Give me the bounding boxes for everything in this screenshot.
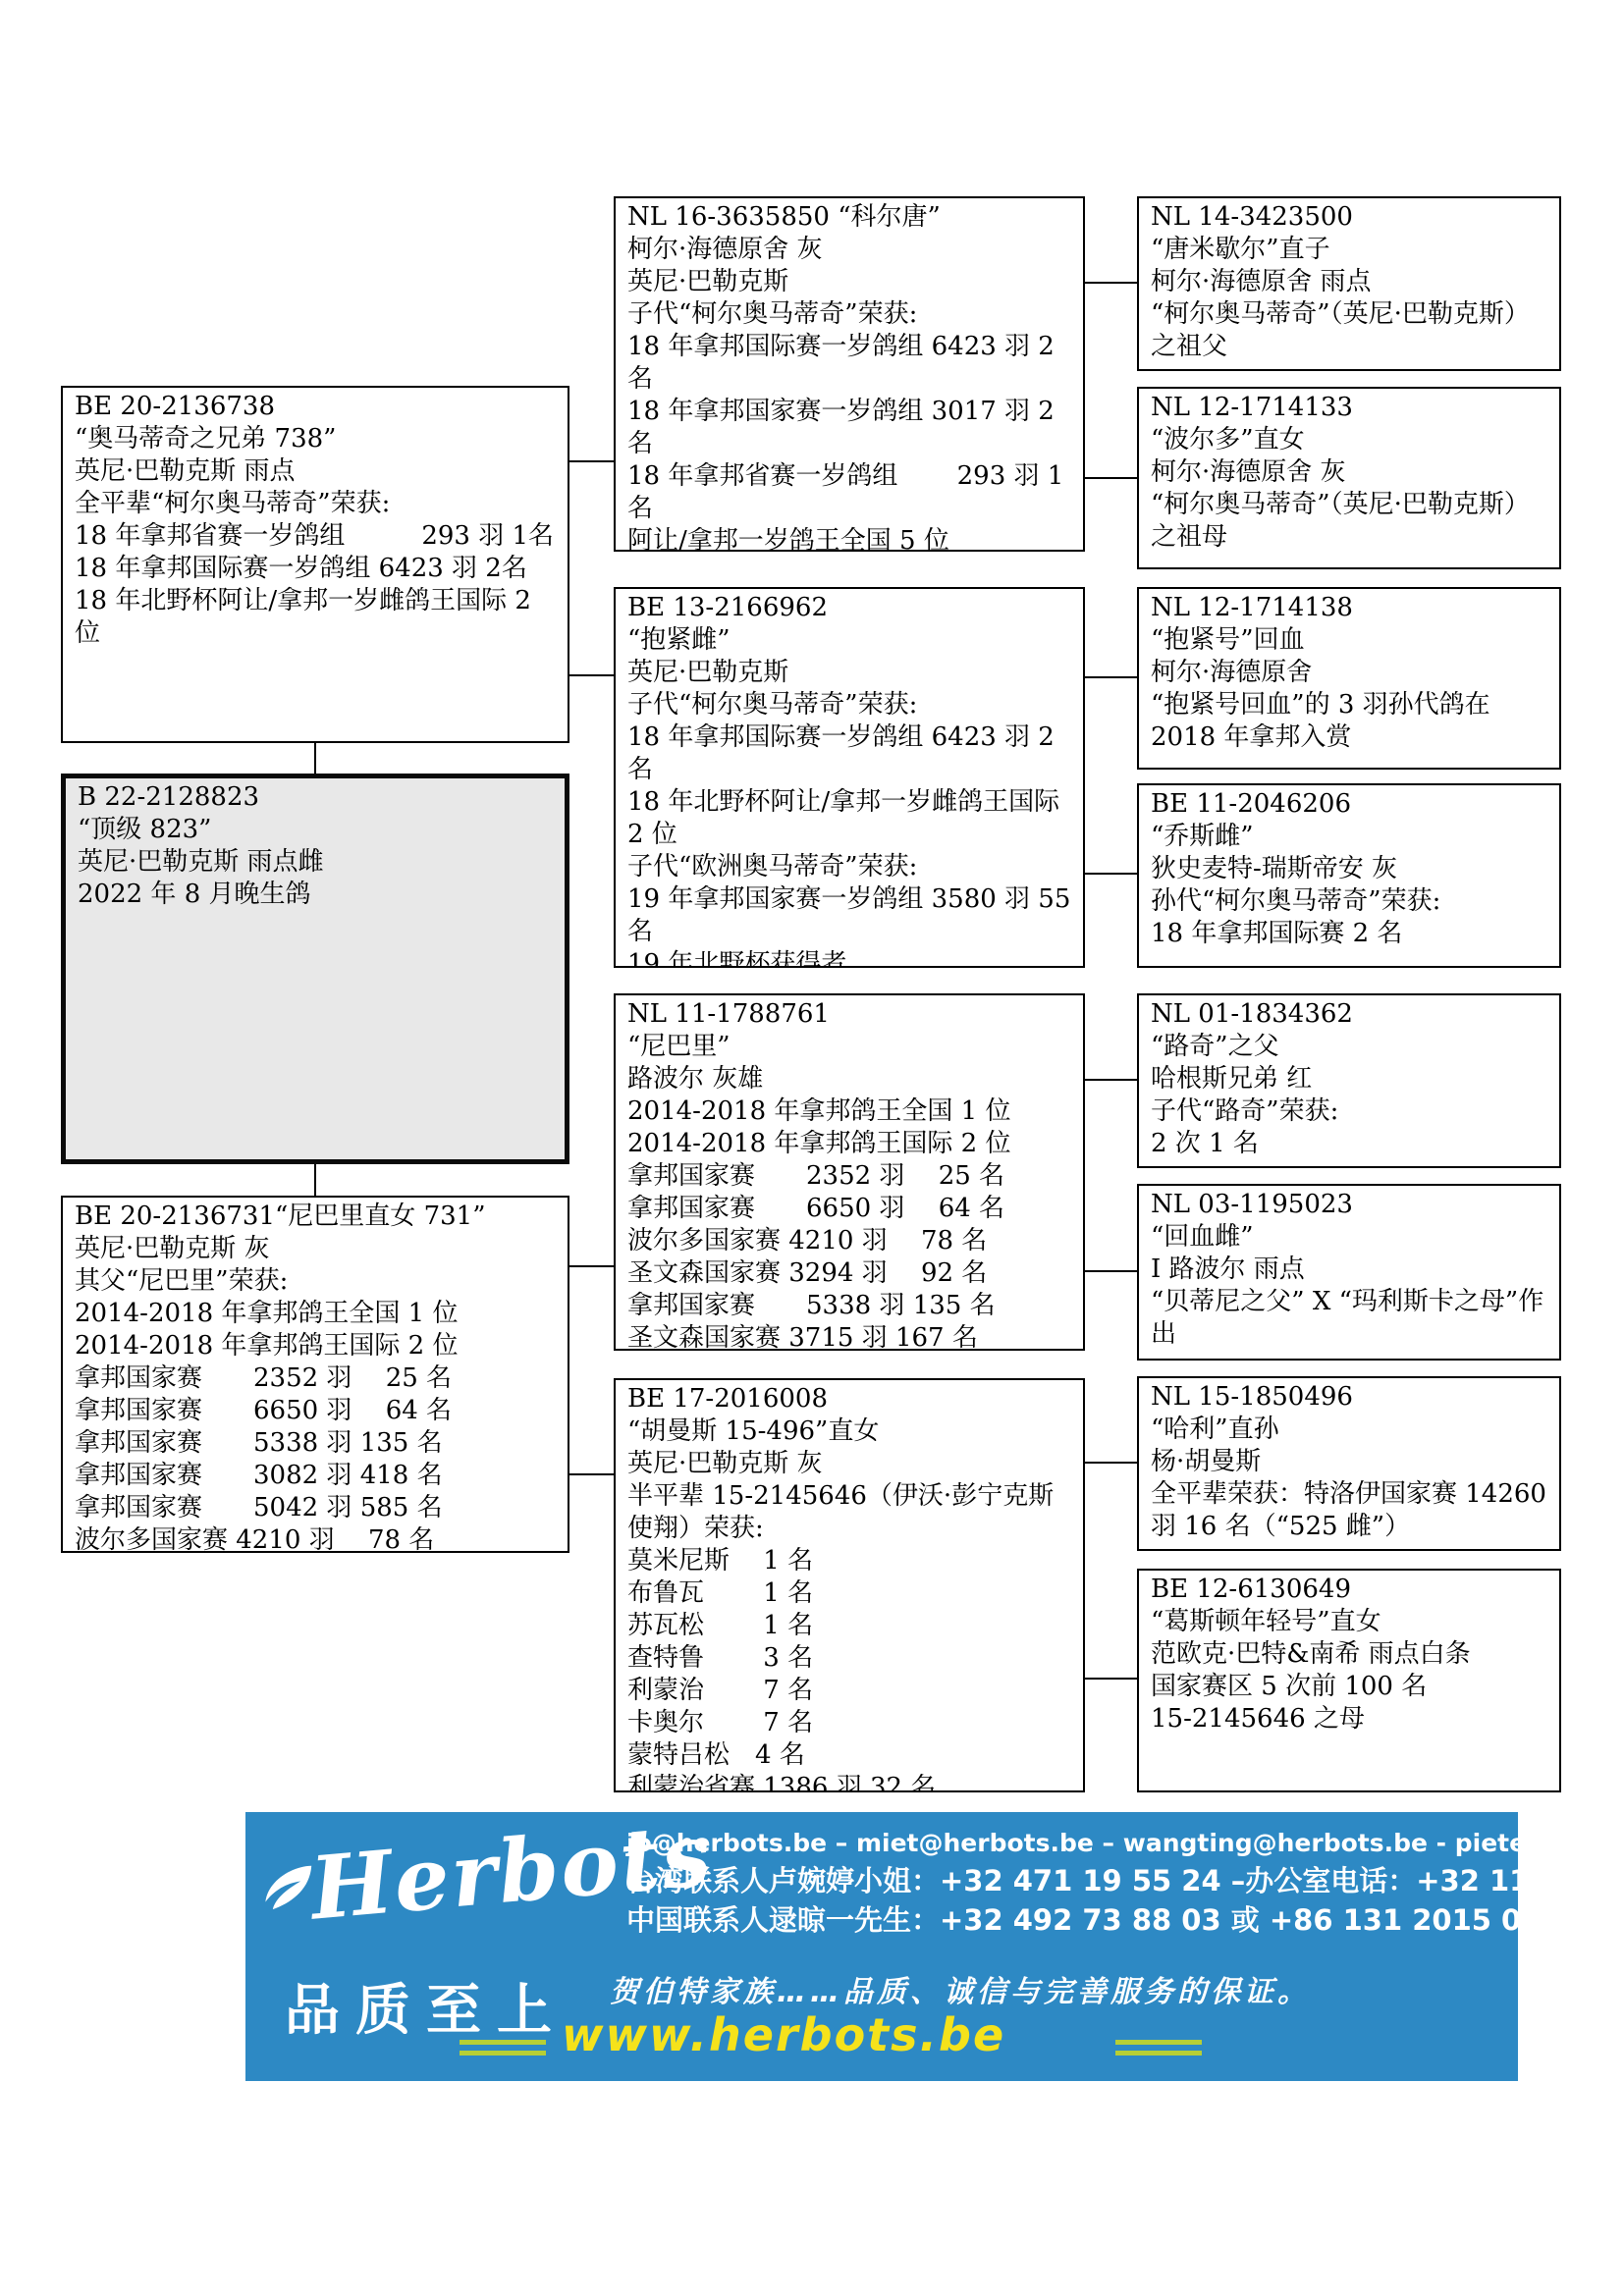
pedigree-text-line: 拿邦国家赛 2352 羽 25 名: [627, 1160, 1073, 1193]
dam-sire-sire-box: NL 01-1834362“路奇”之父哈根斯兄弟 红子代“路奇”荣获:2 次 1…: [1137, 993, 1561, 1168]
pedigree-text-line: 英尼·巴勒克斯 雨点雌: [78, 846, 555, 879]
pedigree-text-line: NL 11-1788761: [627, 998, 1073, 1031]
pedigree-text-line: 其父“尼巴里”荣获:: [75, 1265, 558, 1298]
pedigree-text-line: 狄史麦特-瑞斯帝安 灰: [1151, 853, 1549, 885]
connector-ggp-4: [1085, 873, 1137, 875]
subject-box: B 22-2128823“顶级 823”英尼·巴勒克斯 雨点雌2022 年 8 …: [61, 774, 569, 1164]
pedigree-text-line: 波尔多国家赛 4210 羽 78 名: [75, 1524, 558, 1553]
family-tagline: 贺伯特家族……品质、诚信与完善服务的保证。: [579, 1967, 1341, 2010]
connector-sire-to-subject: [314, 743, 316, 774]
pedigree-text-line: “贝蒂尼之父” X “玛利斯卡之母”作出: [1151, 1286, 1549, 1351]
pedigree-text-line: 2014-2018 年拿邦鸽王国际 2 位: [75, 1330, 558, 1362]
pedigree-text-line: NL 03-1195023: [1151, 1189, 1549, 1221]
pedigree-text-line: 国家赛区 5 次前 100 名: [1151, 1671, 1549, 1703]
pedigree-text-line: 柯尔·海德原舍: [1151, 657, 1549, 689]
pedigree-text-line: NL 01-1834362: [1151, 998, 1549, 1031]
pedigree-text-line: 18 年拿邦国际赛一岁鸽组 6423 羽 2名: [627, 721, 1073, 786]
pedigree-text-line: 英尼·巴勒克斯 灰: [627, 1448, 1073, 1480]
pedigree-text-line: 利蒙治 7 名: [627, 1675, 1073, 1707]
sire-box: BE 20-2136738“奥马蒂奇之兄弟 738”英尼·巴勒克斯 雨点全平辈“…: [61, 386, 569, 743]
connector-subject-to-dam: [314, 1164, 316, 1196]
pedigree-text-line: 蒙特吕松 4 名: [627, 1739, 1073, 1772]
pedigree-text-line: 布鲁瓦 1 名: [627, 1577, 1073, 1610]
pedigree-text-line: 18 年拿邦国家赛一岁鸽组 3017 羽 2名: [627, 396, 1073, 460]
dam-box: BE 20-2136731“尼巴里直女 731”英尼·巴勒克斯 灰其父“尼巴里”…: [61, 1196, 569, 1553]
pedigree-text-line: 半平辈 15-2145646（伊沃·彭宁克斯使翔）荣获:: [627, 1480, 1073, 1545]
pedigree-text-line: BE 17-2016008: [627, 1383, 1073, 1415]
herbots-footer-banner: Herbots 品质至上 jo@herbots.be – miet@herbot…: [245, 1812, 1518, 2081]
connector-ggp-1: [1085, 282, 1137, 284]
pedigree-text-line: 苏瓦松 1 名: [627, 1610, 1073, 1642]
pedigree-text-line: 子代“路奇”荣获:: [1151, 1095, 1549, 1128]
connector-sire-to-granddam: [569, 674, 614, 676]
pedigree-text-line: 2014-2018 年拿邦鸽王全国 1 位: [627, 1095, 1073, 1128]
pedigree-text-line: 拿邦国家赛 6650 羽 64 名: [627, 1193, 1073, 1225]
maternal-grandsire-box: NL 11-1788761“尼巴里”路波尔 灰雄2014-2018 年拿邦鸽王全…: [614, 993, 1085, 1351]
pedigree-text-line: 18 年北野杯阿让/拿邦一岁雌鸽王国际 2 位: [75, 585, 558, 650]
taiwan-contact-line: 台湾联系人卢婉婷小姐：+32 471 19 55 24 –办公室电话：+32 1…: [626, 1861, 1512, 1900]
pedigree-text-line: “柯尔奥马蒂奇”（英尼·巴勒克斯）之祖母: [1151, 489, 1549, 554]
decor-line-left-icon: [460, 2040, 546, 2056]
pedigree-text-line: 拿邦国家赛 3082 羽 418 名: [75, 1460, 558, 1492]
pedigree-text-line: 英尼·巴勒克斯: [627, 266, 1073, 298]
connector-ggp-8: [1085, 1678, 1137, 1680]
paternal-granddam-box: BE 13-2166962“抱紧雌”英尼·巴勒克斯子代“柯尔奥马蒂奇”荣获:18…: [614, 587, 1085, 968]
website-row: www.herbots.be: [245, 2006, 1518, 2075]
pedigree-text-line: “乔斯雌”: [1151, 821, 1549, 853]
sire-dam-dam-box: BE 11-2046206“乔斯雌”狄史麦特-瑞斯帝安 灰孙代“柯尔奥马蒂奇”荣…: [1137, 783, 1561, 968]
pedigree-text-line: I 路波尔 雨点: [1151, 1254, 1549, 1286]
pedigree-text-line: “抱紧号回血”的 3 羽孙代鸽在 2018 年拿邦入赏: [1151, 689, 1549, 754]
pedigree-text-line: 子代“欧洲奥马蒂奇”荣获:: [627, 851, 1073, 883]
sire-sire-sire-box: NL 14-3423500“唐米歇尔”直子柯尔·海德原舍 雨点“柯尔奥马蒂奇”（…: [1137, 196, 1561, 371]
pedigree-text-line: 18 年拿邦省赛一岁鸽组 293 羽 1名: [75, 520, 558, 553]
pedigree-text-line: NL 12-1714138: [1151, 592, 1549, 624]
decor-line-right-icon: [1115, 2040, 1202, 2056]
pedigree-text-line: BE 20-2136738: [75, 391, 558, 423]
pedigree-text-line: 18 年拿邦国际赛一岁鸽组 6423 羽 2名: [75, 553, 558, 585]
connector-dam-to-granddam: [569, 1473, 614, 1475]
pedigree-text-line: 英尼·巴勒克斯 灰: [75, 1233, 558, 1265]
connector-sire-to-grandsire: [569, 460, 614, 462]
pedigree-text-line: “柯尔奥马蒂奇”（英尼·巴勒克斯）之祖父: [1151, 298, 1549, 363]
pedigree-text-line: “尼巴里”: [627, 1031, 1073, 1063]
pedigree-text-line: “抱紧雌”: [627, 624, 1073, 657]
pedigree-text-line: 2014-2018 年拿邦鸽王国际 2 位: [627, 1128, 1073, 1160]
pedigree-text-line: “葛斯顿年轻号”直女: [1151, 1606, 1549, 1638]
pedigree-page: BE 20-2136738“奥马蒂奇之兄弟 738”英尼·巴勒克斯 雨点全平辈“…: [0, 0, 1624, 2296]
pedigree-text-line: 拿邦国家赛 5338 羽 135 名: [75, 1427, 558, 1460]
dam-dam-dam-box: BE 12-6130649“葛斯顿年轻号”直女范欧克·巴特&南希 雨点白条国家赛…: [1137, 1569, 1561, 1792]
pedigree-text-line: 18 年拿邦省赛一岁鸽组 293 羽 1名: [627, 460, 1073, 525]
pedigree-text-line: 15-2145646 之母: [1151, 1703, 1549, 1735]
pedigree-text-line: BE 11-2046206: [1151, 788, 1549, 821]
pedigree-text-line: 查特鲁 3 名: [627, 1642, 1073, 1675]
dam-sire-dam-box: NL 03-1195023“回血雌”I 路波尔 雨点“贝蒂尼之父” X “玛利斯…: [1137, 1184, 1561, 1361]
pedigree-text-line: BE 20-2136731“尼巴里直女 731”: [75, 1201, 558, 1233]
pedigree-text-line: “胡曼斯 15-496”直女: [627, 1415, 1073, 1448]
pedigree-text-line: 2014-2018 年拿邦鸽王全国 1 位: [75, 1298, 558, 1330]
pedigree-text-line: 莫米尼斯 1 名: [627, 1545, 1073, 1577]
maternal-granddam-box: BE 17-2016008“胡曼斯 15-496”直女英尼·巴勒克斯 灰半平辈 …: [614, 1378, 1085, 1792]
website-url: www.herbots.be: [562, 2008, 1005, 2061]
pedigree-text-line: NL 15-1850496: [1151, 1381, 1549, 1414]
pedigree-text-line: NL 16-3635850 “科尔唐”: [627, 201, 1073, 234]
pedigree-text-line: 哈根斯兄弟 红: [1151, 1063, 1549, 1095]
pedigree-text-line: 拿邦国家赛 2352 羽 25 名: [75, 1362, 558, 1395]
pedigree-text-line: “奥马蒂奇之兄弟 738”: [75, 423, 558, 455]
sire-dam-sire-box: NL 12-1714138“抱紧号”回血柯尔·海德原舍“抱紧号回血”的 3 羽孙…: [1137, 587, 1561, 770]
pedigree-text-line: NL 14-3423500: [1151, 201, 1549, 234]
pedigree-text-line: 英尼·巴勒克斯 雨点: [75, 455, 558, 488]
pedigree-text-line: NL 12-1714133: [1151, 392, 1549, 424]
paternal-grandsire-box: NL 16-3635850 “科尔唐”柯尔·海德原舍 灰英尼·巴勒克斯子代“柯尔…: [614, 196, 1085, 552]
pedigree-text-line: 全平辈荣获：特洛伊国家赛 14260 羽 16 名（“525 雌”）: [1151, 1478, 1549, 1543]
pedigree-text-line: 波尔多国家赛 4210 羽 78 名: [627, 1225, 1073, 1257]
pedigree-text-line: “波尔多”直女: [1151, 424, 1549, 456]
dam-dam-sire-box: NL 15-1850496“哈利”直孙杨·胡曼斯全平辈荣获：特洛伊国家赛 142…: [1137, 1376, 1561, 1551]
sire-sire-dam-box: NL 12-1714133“波尔多”直女柯尔·海德原舍 灰“柯尔奥马蒂奇”（英尼…: [1137, 387, 1561, 569]
connector-ggp-3: [1085, 676, 1137, 678]
connector-dam-to-grandsire: [569, 1265, 614, 1267]
pedigree-text-line: “哈利”直孙: [1151, 1414, 1549, 1446]
pedigree-text-line: 18 年北野杯阿让/拿邦一岁雌鸽王国际 2 位: [627, 786, 1073, 851]
email-addresses: jo@herbots.be – miet@herbots.be – wangti…: [626, 1826, 1512, 1861]
pedigree-text-line: 卡奥尔 7 名: [627, 1707, 1073, 1739]
pedigree-text-line: 19 年北野杯获得者: [627, 948, 1073, 968]
pedigree-text-line: BE 12-6130649: [1151, 1574, 1549, 1606]
pedigree-text-line: 柯尔·海德原舍 灰: [627, 234, 1073, 266]
pedigree-text-line: 全平辈“柯尔奥马蒂奇”荣获:: [75, 488, 558, 520]
pedigree-text-line: “顶级 823”: [78, 814, 555, 846]
pedigree-text-line: 圣文森国家赛 3294 羽 92 名: [627, 1257, 1073, 1290]
pedigree-text-line: B 22-2128823: [78, 781, 555, 814]
pedigree-text-line: 19 年拿邦国家赛一岁鸽组 3580 羽 55名: [627, 883, 1073, 948]
connector-ggp-6: [1085, 1270, 1137, 1272]
pedigree-text-line: 路波尔 灰雄: [627, 1063, 1073, 1095]
pedigree-text-line: 柯尔·海德原舍 雨点: [1151, 266, 1549, 298]
pedigree-text-line: 阿让/拿邦一岁鸽王全国 5 位: [627, 525, 1073, 552]
pedigree-text-line: 拿邦国家赛 5042 羽 585 名: [75, 1492, 558, 1524]
pedigree-text-line: 拿邦国家赛 6650 羽 64 名: [75, 1395, 558, 1427]
pedigree-text-line: 拿邦国家赛 5338 羽 135 名: [627, 1290, 1073, 1322]
pedigree-text-line: 子代“柯尔奥马蒂奇”荣获:: [627, 689, 1073, 721]
pedigree-text-line: “抱紧号”回血: [1151, 624, 1549, 657]
connector-ggp-7: [1085, 1462, 1137, 1464]
pedigree-text-line: 圣文森国家赛 3715 羽 167 名: [627, 1322, 1073, 1351]
pedigree-text-line: 2 次 1 名: [1151, 1128, 1549, 1160]
pedigree-text-line: 孙代“柯尔奥马蒂奇”荣获:: [1151, 885, 1549, 918]
pedigree-text-line: 范欧克·巴特&南希 雨点白条: [1151, 1638, 1549, 1671]
pedigree-text-line: 利蒙治省赛 1386 羽 32 名: [627, 1772, 1073, 1792]
pedigree-text-line: 英尼·巴勒克斯: [627, 657, 1073, 689]
china-contact-line: 中国联系人逯晾一先生：+32 492 73 88 03 或 +86 131 20…: [626, 1900, 1512, 1940]
contact-block: jo@herbots.be – miet@herbots.be – wangti…: [626, 1826, 1512, 1940]
pedigree-text-line: BE 13-2166962: [627, 592, 1073, 624]
pedigree-text-line: “唐米歇尔”直子: [1151, 234, 1549, 266]
connector-ggp-5: [1085, 1079, 1137, 1081]
pedigree-text-line: “回血雌”: [1151, 1221, 1549, 1254]
connector-ggp-2: [1085, 477, 1137, 479]
pedigree-text-line: 柯尔·海德原舍 灰: [1151, 456, 1549, 489]
pedigree-text-line: “路奇”之父: [1151, 1031, 1549, 1063]
pedigree-text-line: 18 年拿邦国际赛 2 名: [1151, 918, 1549, 950]
pedigree-text-line: 杨·胡曼斯: [1151, 1446, 1549, 1478]
pedigree-text-line: 子代“柯尔奥马蒂奇”荣获:: [627, 298, 1073, 331]
pedigree-text-line: 2022 年 8 月晚生鸽: [78, 879, 555, 911]
pedigree-text-line: 18 年拿邦国际赛一岁鸽组 6423 羽 2名: [627, 331, 1073, 396]
